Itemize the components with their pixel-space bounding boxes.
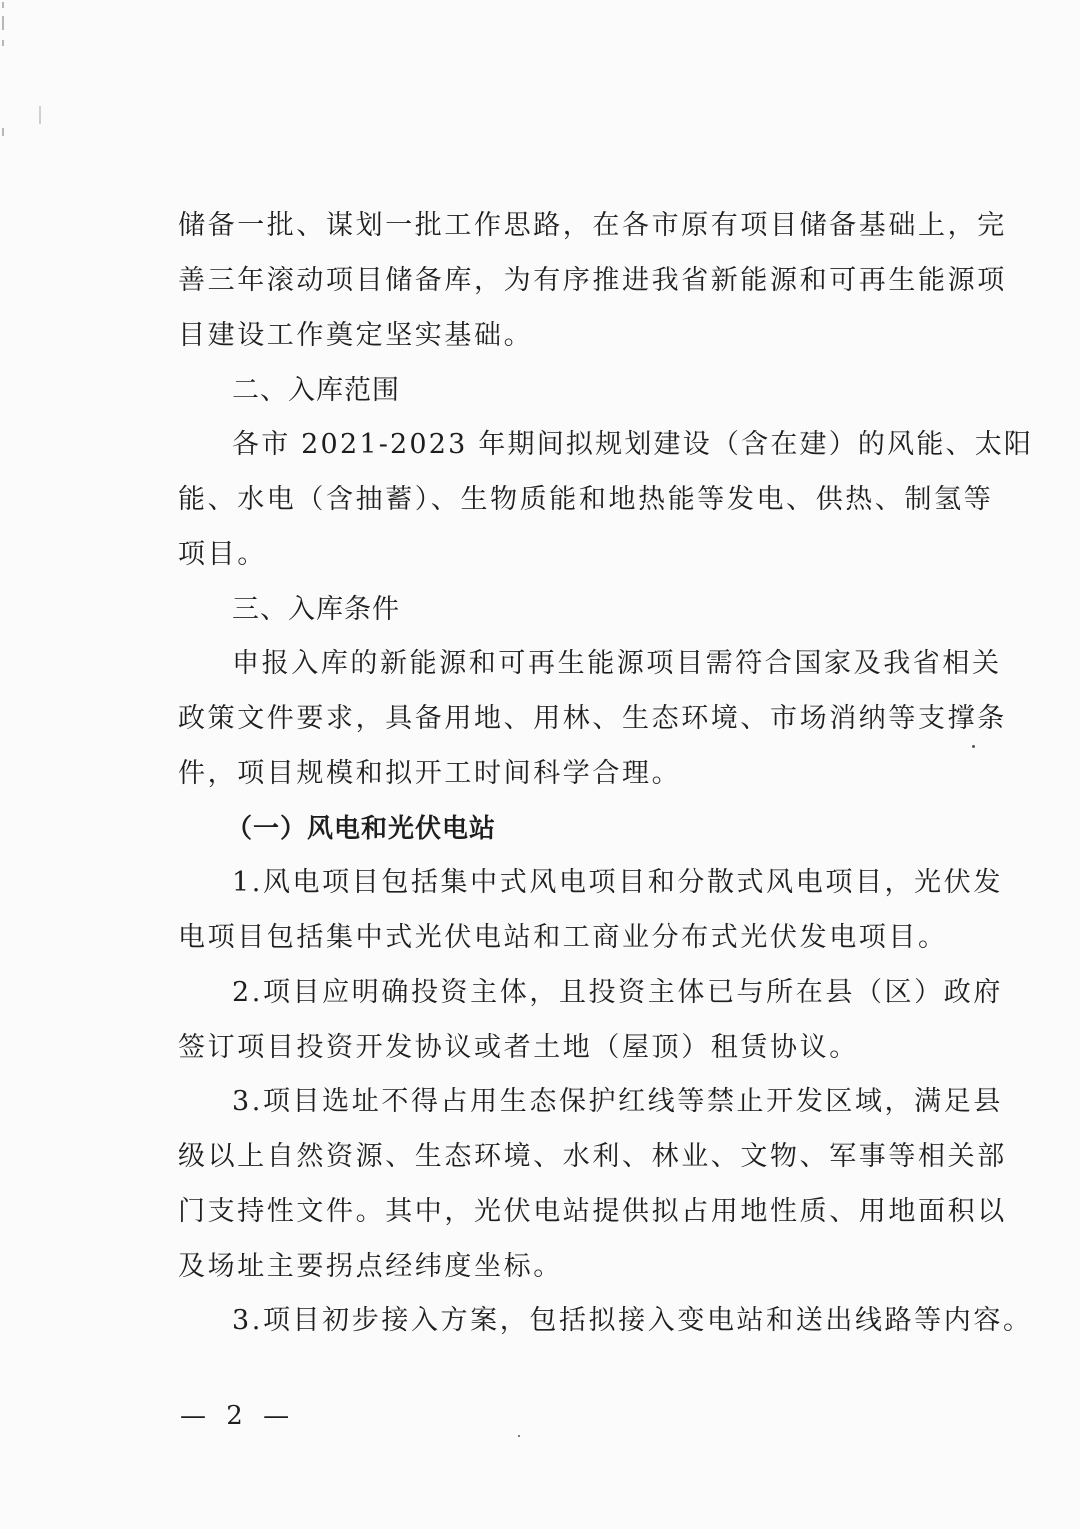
section-2-line-1: 各市 2021-2023 年期间拟规划建设（含在建）的风能、太阳 (232, 427, 1032, 463)
item-3-line-4: 及场址主要拐点经纬度坐标。 (178, 1249, 978, 1285)
item-1-line-1: 1.风电项目包括集中式风电项目和分散式风电项目，光伏发 (232, 865, 1032, 901)
scan-artifact (39, 106, 41, 124)
intro-line-1: 储备一批、谋划一批工作思路，在各市原有项目储备基础上，完 (178, 208, 978, 244)
section-2-line-3: 项目。 (178, 537, 978, 573)
section-3-heading: 三、入库条件 (232, 592, 1032, 628)
item-2-line-2: 签订项目投资开发协议或者土地（屋顶）租赁协议。 (178, 1030, 978, 1066)
item-3-line-2: 级以上自然资源、生态环境、水利、林业、文物、军事等相关部 (178, 1139, 978, 1175)
scan-artifact (2, 16, 4, 30)
intro-line-3: 目建设工作奠定坚实基础。 (178, 318, 978, 354)
document-page: 储备一批、谋划一批工作思路，在各市原有项目储备基础上，完 善三年滚动项目储备库，… (0, 0, 1080, 1529)
intro-line-2: 善三年滚动项目储备库，为有序推进我省新能源和可再生能源项 (178, 263, 978, 299)
scan-artifact (2, 128, 4, 136)
section-2-heading: 二、入库范围 (232, 373, 1032, 409)
item-2-line-1: 2.项目应明确投资主体，且投资主体已与所在县（区）政府 (232, 975, 1032, 1011)
subsection-1-heading: （一）风电和光伏电站 (226, 811, 1026, 847)
section-3-line-3: 件，项目规模和拟开工时间科学合理。 (178, 756, 978, 792)
section-2-line-2: 能、水电（含抽蓄）、生物质能和地热能等发电、供热、制氢等 (178, 482, 978, 518)
section-3-line-1: 申报入库的新能源和可再生能源项目需符合国家及我省相关 (232, 646, 1032, 682)
item-4-line-1: 3.项目初步接入方案，包括拟接入变电站和送出线路等内容。 (232, 1303, 1032, 1339)
item-3-line-3: 门支持性文件。其中，光伏电站提供拟占用地性质、用地面积以 (178, 1194, 978, 1230)
scan-speck (972, 745, 975, 748)
scan-artifact (2, 2, 4, 8)
section-3-line-2: 政策文件要求，具备用地、用林、生态环境、市场消纳等支撑条 (178, 701, 978, 737)
item-1-line-2: 电项目包括集中式光伏电站和工商业分布式光伏发电项目。 (178, 920, 978, 956)
page-number: — 2 — (180, 1398, 295, 1434)
scan-artifact (2, 40, 4, 46)
item-3-line-1: 3.项目选址不得占用生态保护红线等禁止开发区域，满足县 (232, 1084, 1032, 1120)
scan-speck (518, 1435, 520, 1437)
